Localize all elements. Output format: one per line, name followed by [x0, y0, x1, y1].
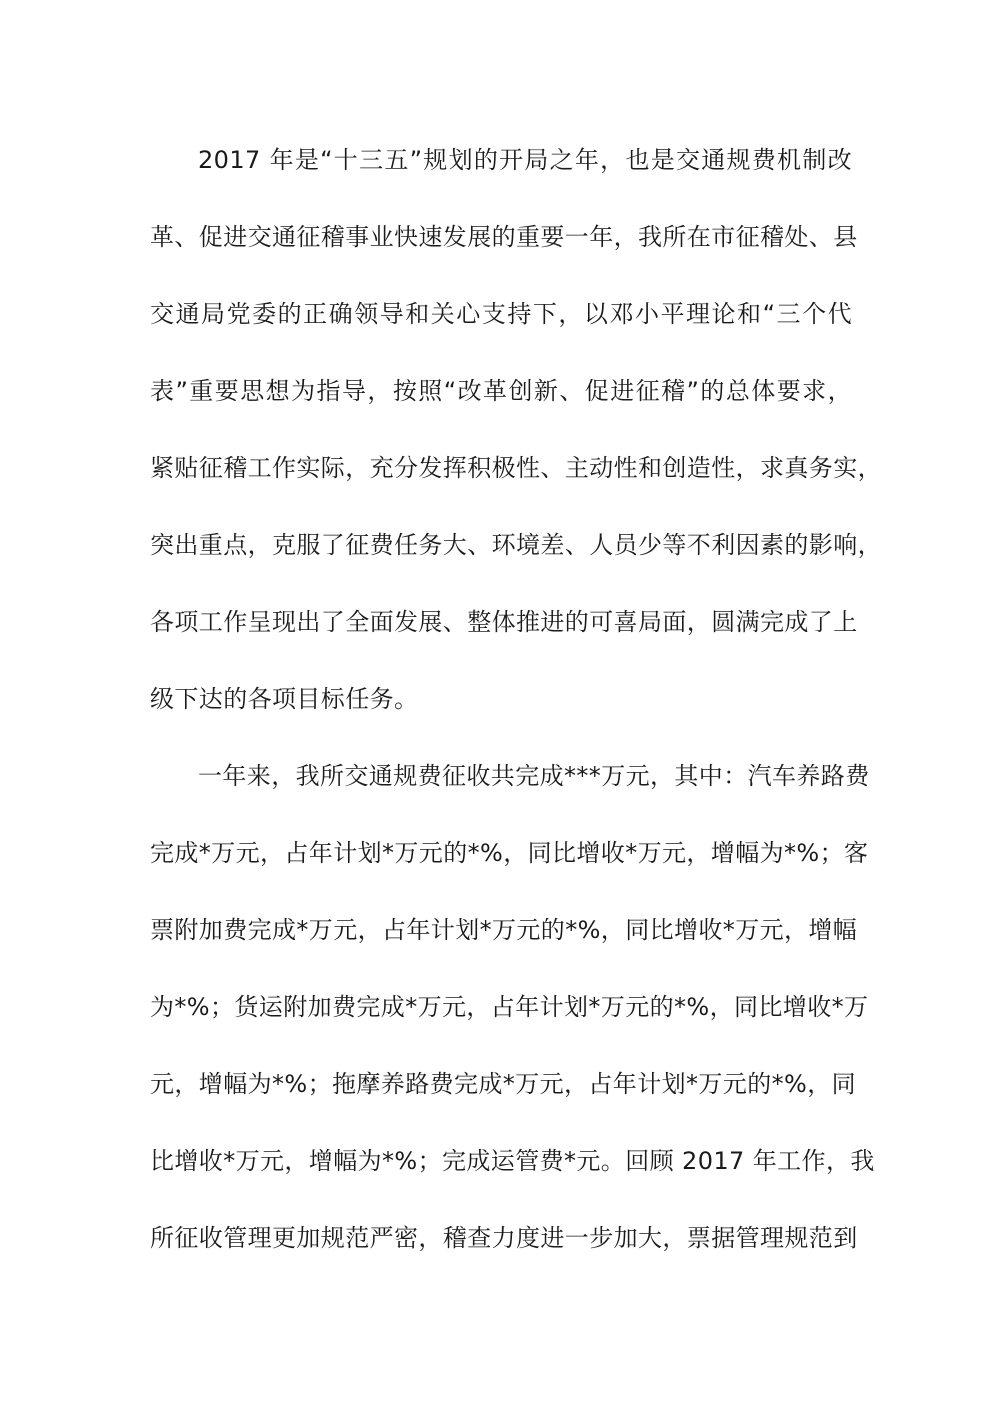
text-line: 表”重要思想为指导，按照“改革创新、促进征稽”的总体要求， [150, 374, 852, 408]
text-line: 票附加费完成*万元，占年计划*万元的*%，同比增收*万元，增幅 [150, 913, 852, 947]
text-line: 革、促进交通征稽事业快速发展的重要一年，我所在市征稽处、县 [150, 220, 852, 254]
text-line: 各项工作呈现出了全面发展、整体推进的可喜局面，圆满完成了上 [150, 605, 852, 639]
text-line: 比增收*万元，增幅为*%；完成运管费*元。回顾 2017 年工作，我 [150, 1144, 852, 1178]
text-line: 完成*万元，占年计划*万元的*%，同比增收*万元，增幅为*%；客 [150, 836, 852, 870]
text-line: 元，增幅为*%；拖摩养路费完成*万元，占年计划*万元的*%，同 [150, 1067, 852, 1101]
text-line: 一年来，我所交通规费征收共完成***万元，其中：汽车养路费 [198, 759, 852, 793]
text-line: 为*%；货运附加费完成*万元，占年计划*万元的*%，同比增收*万 [150, 990, 852, 1024]
text-line: 紧贴征稽工作实际，充分发挥积极性、主动性和创造性，求真务实， [150, 451, 852, 485]
text-line: 级下达的各项目标任务。 [150, 682, 852, 716]
text-line: 2017 年是“十三五”规划的开局之年，也是交通规费机制改 [198, 143, 852, 177]
text-line: 突出重点，克服了征费任务大、环境差、人员少等不利因素的影响， [150, 528, 852, 562]
text-line: 所征收管理更加规范严密，稽查力度进一步加大，票据管理规范到 [150, 1221, 852, 1255]
document-page: 2017 年是“十三五”规划的开局之年，也是交通规费机制改 革、促进交通征稽事业… [0, 0, 1000, 1415]
text-line: 交通局党委的正确领导和关心支持下，以邓小平理论和“三个代 [150, 297, 852, 331]
